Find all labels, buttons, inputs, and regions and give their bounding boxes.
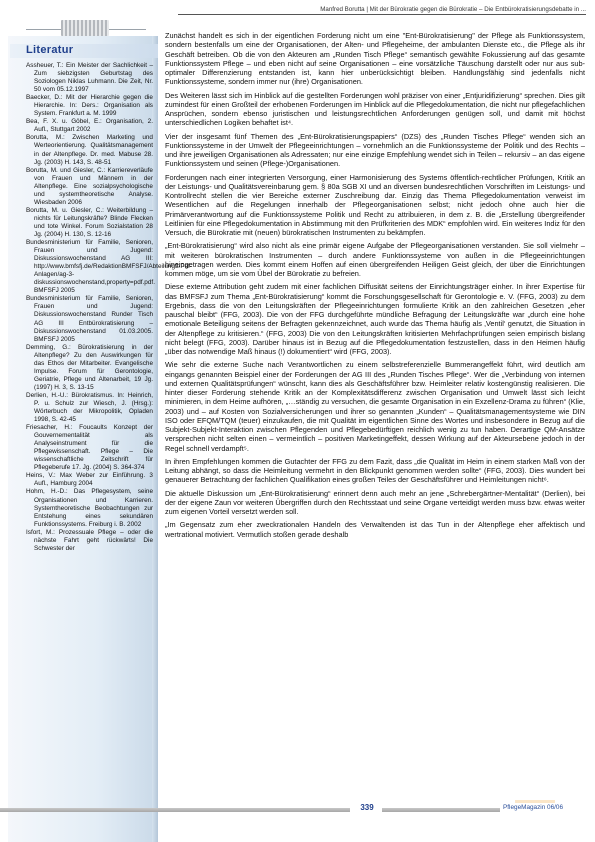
footer-rule-left xyxy=(0,808,350,812)
reference-item: Isfort, M.: Prozessuale Pflege – oder di… xyxy=(26,529,153,553)
reference-item: Hohm, H.-D.: Das Pflegesystem, seine Org… xyxy=(26,488,153,528)
reference-item: Bundesministerium für Familie, Senioren,… xyxy=(26,295,153,343)
running-title: Manfred Borutta | Mit der Bürokratie geg… xyxy=(178,6,586,15)
body-paragraph: Diese externe Attribution geht zudem mit… xyxy=(165,282,585,356)
body-paragraph: „Ent-Bürokratisierung“ wird also nicht a… xyxy=(165,241,585,278)
reference-item: Friesacher, H.: Foucaults Konzept der Go… xyxy=(26,424,153,472)
article-body: Zunächst handelt es sich in der eigentli… xyxy=(165,31,585,543)
reference-item: Borutta, M. und Giesler, C.: Karrierever… xyxy=(26,167,153,207)
body-paragraph: Zunächst handelt es sich in der eigentli… xyxy=(165,31,585,87)
page-number: 339 xyxy=(352,803,382,812)
reference-item: Borutta, M.: Zwischen Marketing und Wert… xyxy=(26,134,153,166)
footer-rule-right xyxy=(382,808,500,812)
body-paragraph: Wie sehr die externe Suche nach Verantwo… xyxy=(165,360,585,453)
reference-item: Derlien, H.-U.: Bürokratismus. In: Heinr… xyxy=(26,392,153,424)
reference-item: Baecker, D.: Mit der Hierarchie gegen di… xyxy=(26,94,153,118)
reference-item: Bea, F. X. u. Göbel, E.: Organisation, 2… xyxy=(26,118,153,134)
journal-issue: PflegeMagazin 06/06 xyxy=(503,804,563,811)
references-heading-bar: Literatur xyxy=(10,44,158,58)
body-paragraph: Die aktuelle Diskussion um „Ent-Bürokrat… xyxy=(165,489,585,517)
body-paragraph: „Im Gegensatz zum eher zweckrationalen H… xyxy=(165,520,585,539)
body-paragraph: In ihren Empfehlungen kommen die Gutacht… xyxy=(165,457,585,485)
body-paragraph: Forderungen nach einer integrierten Vers… xyxy=(165,173,585,238)
reference-item: Borutta, M. u. Giesler, C.: Weiterbildun… xyxy=(26,207,153,239)
reference-list: Assheuer, T.: Ein Meister der Sachlichke… xyxy=(26,62,153,553)
reference-item: Heins, V.: Max Weber zur Einführung. 3 A… xyxy=(26,472,153,488)
footer-accent xyxy=(515,800,555,803)
body-paragraph: Des Weiteren lässt sich im Hinblick auf … xyxy=(165,91,585,128)
reference-item: Demming, G.: Bürokratisierung in der Alt… xyxy=(26,344,153,392)
body-paragraph: Vier der insgesamt fünf Themen des „Ent-… xyxy=(165,132,585,169)
reference-item: Bundesministerium für Familie, Senioren,… xyxy=(26,239,153,295)
reference-item: Assheuer, T.: Ein Meister der Sachlichke… xyxy=(26,62,153,94)
logo-mark-icon xyxy=(61,20,109,36)
references-heading: Literatur xyxy=(26,44,73,56)
